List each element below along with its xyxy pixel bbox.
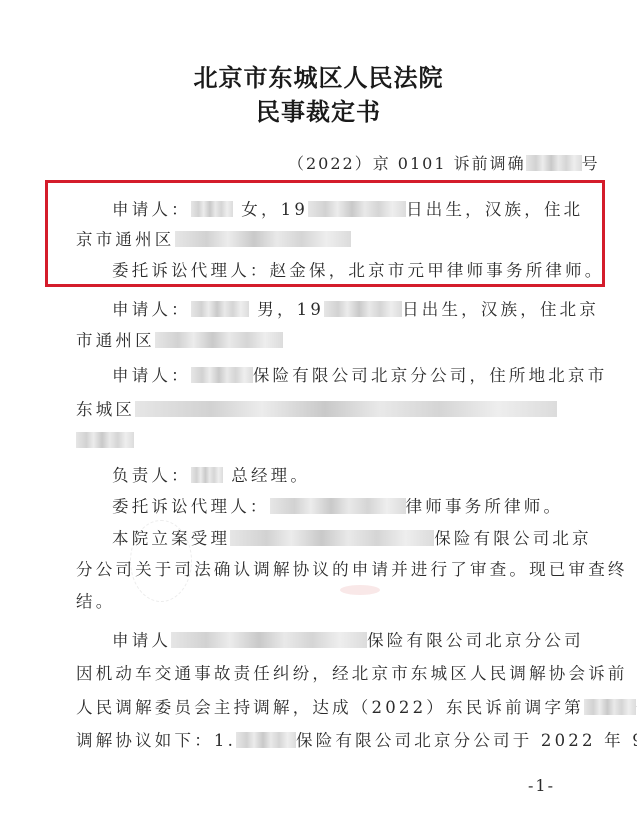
court-name: 北京市东城区人民法院 (0, 58, 637, 93)
redacted-text (175, 231, 351, 247)
court-ruling-page: 北京市东城区人民法院 民事裁定书 （2022）京 0101 诉前调确号 申请人：… (0, 0, 637, 820)
applicant-2-line-2: 市通州区 (76, 330, 283, 352)
redacted-text (584, 699, 636, 715)
case-number: （2022）京 0101 诉前调确号 (288, 151, 600, 174)
mediation-line-4: 调解协议如下：1.保险有限公司北京分公司于 2022 年 9 (76, 730, 637, 752)
page-number: -1- (528, 776, 555, 795)
applicant-3-line-2: 东城区 (76, 399, 557, 421)
applicant-3-line-3 (76, 430, 134, 452)
redacted-text (308, 201, 406, 217)
document-type: 民事裁定书 (0, 92, 637, 127)
applicant-3-line-1: 申请人：保险有限公司北京分公司，住所地北京市 (112, 365, 607, 387)
redacted-text (230, 530, 434, 546)
applicant-1-line-1: 申请人： 女，19日出生，汉族，住北 (112, 199, 583, 221)
redacted-text (236, 732, 296, 748)
court-statement-line-3: 结。 (76, 591, 115, 613)
redacted-text (191, 301, 249, 317)
faint-stamp-mark (130, 520, 192, 602)
mediation-line-3: 人民调解委员会主持调解，达成（2022）东民诉前调字第号 (76, 697, 637, 719)
redacted-text (191, 201, 233, 217)
faint-red-stamp-mark (340, 585, 380, 595)
applicant-3-agent: 委托诉讼代理人：律师事务所律师。 (112, 496, 563, 518)
redacted-text (191, 467, 223, 483)
redacted-text (171, 632, 367, 648)
applicant-1-line-2: 京市通州区 (76, 229, 351, 251)
redacted-text (155, 332, 283, 348)
redacted-text (324, 301, 402, 317)
mediation-line-2: 因机动车交通事故责任纠纷，经北京市东城区人民调解协会诉前 (76, 663, 628, 685)
applicant-2-line-1: 申请人： 男，19日出生，汉族，住北京 (112, 299, 599, 321)
redacted-text (526, 155, 582, 171)
redacted-text (135, 401, 557, 417)
redacted-text (270, 498, 406, 514)
mediation-line-1: 申请人保险有限公司北京分公司 (112, 630, 584, 652)
redacted-text (76, 432, 134, 448)
applicant-1-agent: 委托诉讼代理人：赵金保，北京市元甲律师事务所律师。 (112, 260, 605, 282)
redacted-text (191, 367, 253, 383)
responsible-person: 负责人： 总经理。 (112, 465, 310, 487)
